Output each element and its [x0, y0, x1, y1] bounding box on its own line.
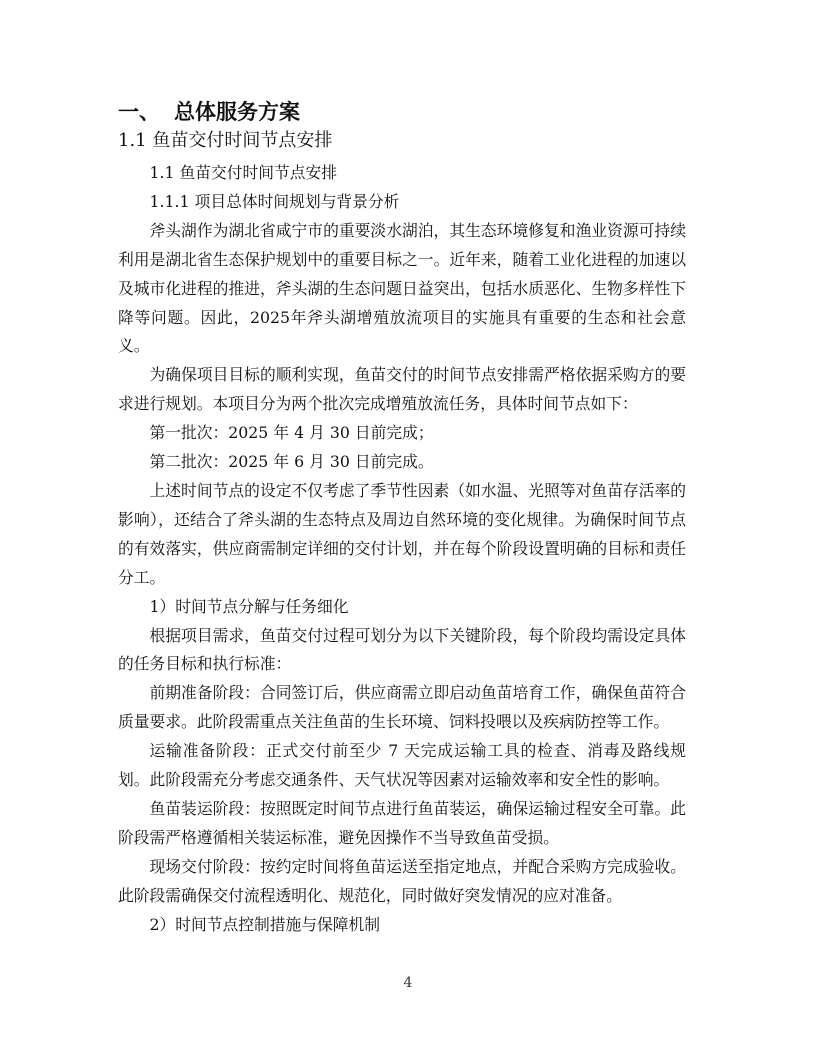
- list-heading: 2）时间节点控制措施与保障机制: [118, 911, 686, 940]
- paragraph: 前期准备阶段：合同签订后，供应商需立即启动鱼苗培育工作，确保鱼苗符合质量要求。此…: [118, 679, 686, 737]
- heading-1-number: 一、: [118, 98, 174, 126]
- paragraph: 鱼苗装运阶段：按照既定时间节点进行鱼苗装运，确保运输过程安全可靠。此阶段需严格遵…: [118, 795, 686, 853]
- paragraph: 上述时间节点的设定不仅考虑了季节性因素（如水温、光照等对鱼苗存活率的影响），还结…: [118, 477, 686, 593]
- paragraph: 斧头湖作为湖北省咸宁市的重要淡水湖泊，其生态环境修复和渔业资源可持续利用是湖北省…: [118, 217, 686, 362]
- paragraph: 第一批次：2025 年 4 月 30 日前完成；: [118, 419, 686, 448]
- paragraph: 为确保项目目标的顺利实现，鱼苗交付的时间节点安排需严格依据采购方的要求进行规划。…: [118, 361, 686, 419]
- paragraph: 现场交付阶段：按约定时间将鱼苗运送至指定地点，并配合采购方完成验收。此阶段需确保…: [118, 853, 686, 911]
- document-body: 1.1 鱼苗交付时间节点安排 1.1.1 项目总体时间规划与背景分析 斧头湖作为…: [118, 159, 686, 939]
- heading-1: 一、总体服务方案: [118, 98, 300, 126]
- document-page: 一、总体服务方案 1.1 鱼苗交付时间节点安排 1.1 鱼苗交付时间节点安排 1…: [0, 0, 816, 1056]
- paragraph: 运输准备阶段：正式交付前至少 7 天完成运输工具的检查、消毒及路线规划。此阶段需…: [118, 737, 686, 795]
- list-heading: 1）时间节点分解与任务细化: [118, 593, 686, 622]
- page-number: 4: [0, 975, 816, 991]
- subheading: 1.1 鱼苗交付时间节点安排: [118, 159, 686, 188]
- paragraph: 第二批次：2025 年 6 月 30 日前完成。: [118, 448, 686, 477]
- subheading: 1.1.1 项目总体时间规划与背景分析: [118, 188, 686, 217]
- heading-1-title: 总体服务方案: [174, 100, 300, 124]
- paragraph: 根据项目需求，鱼苗交付过程可划分为以下关键阶段，每个阶段均需设定具体的任务目标和…: [118, 622, 686, 680]
- heading-2: 1.1 鱼苗交付时间节点安排: [118, 128, 332, 154]
